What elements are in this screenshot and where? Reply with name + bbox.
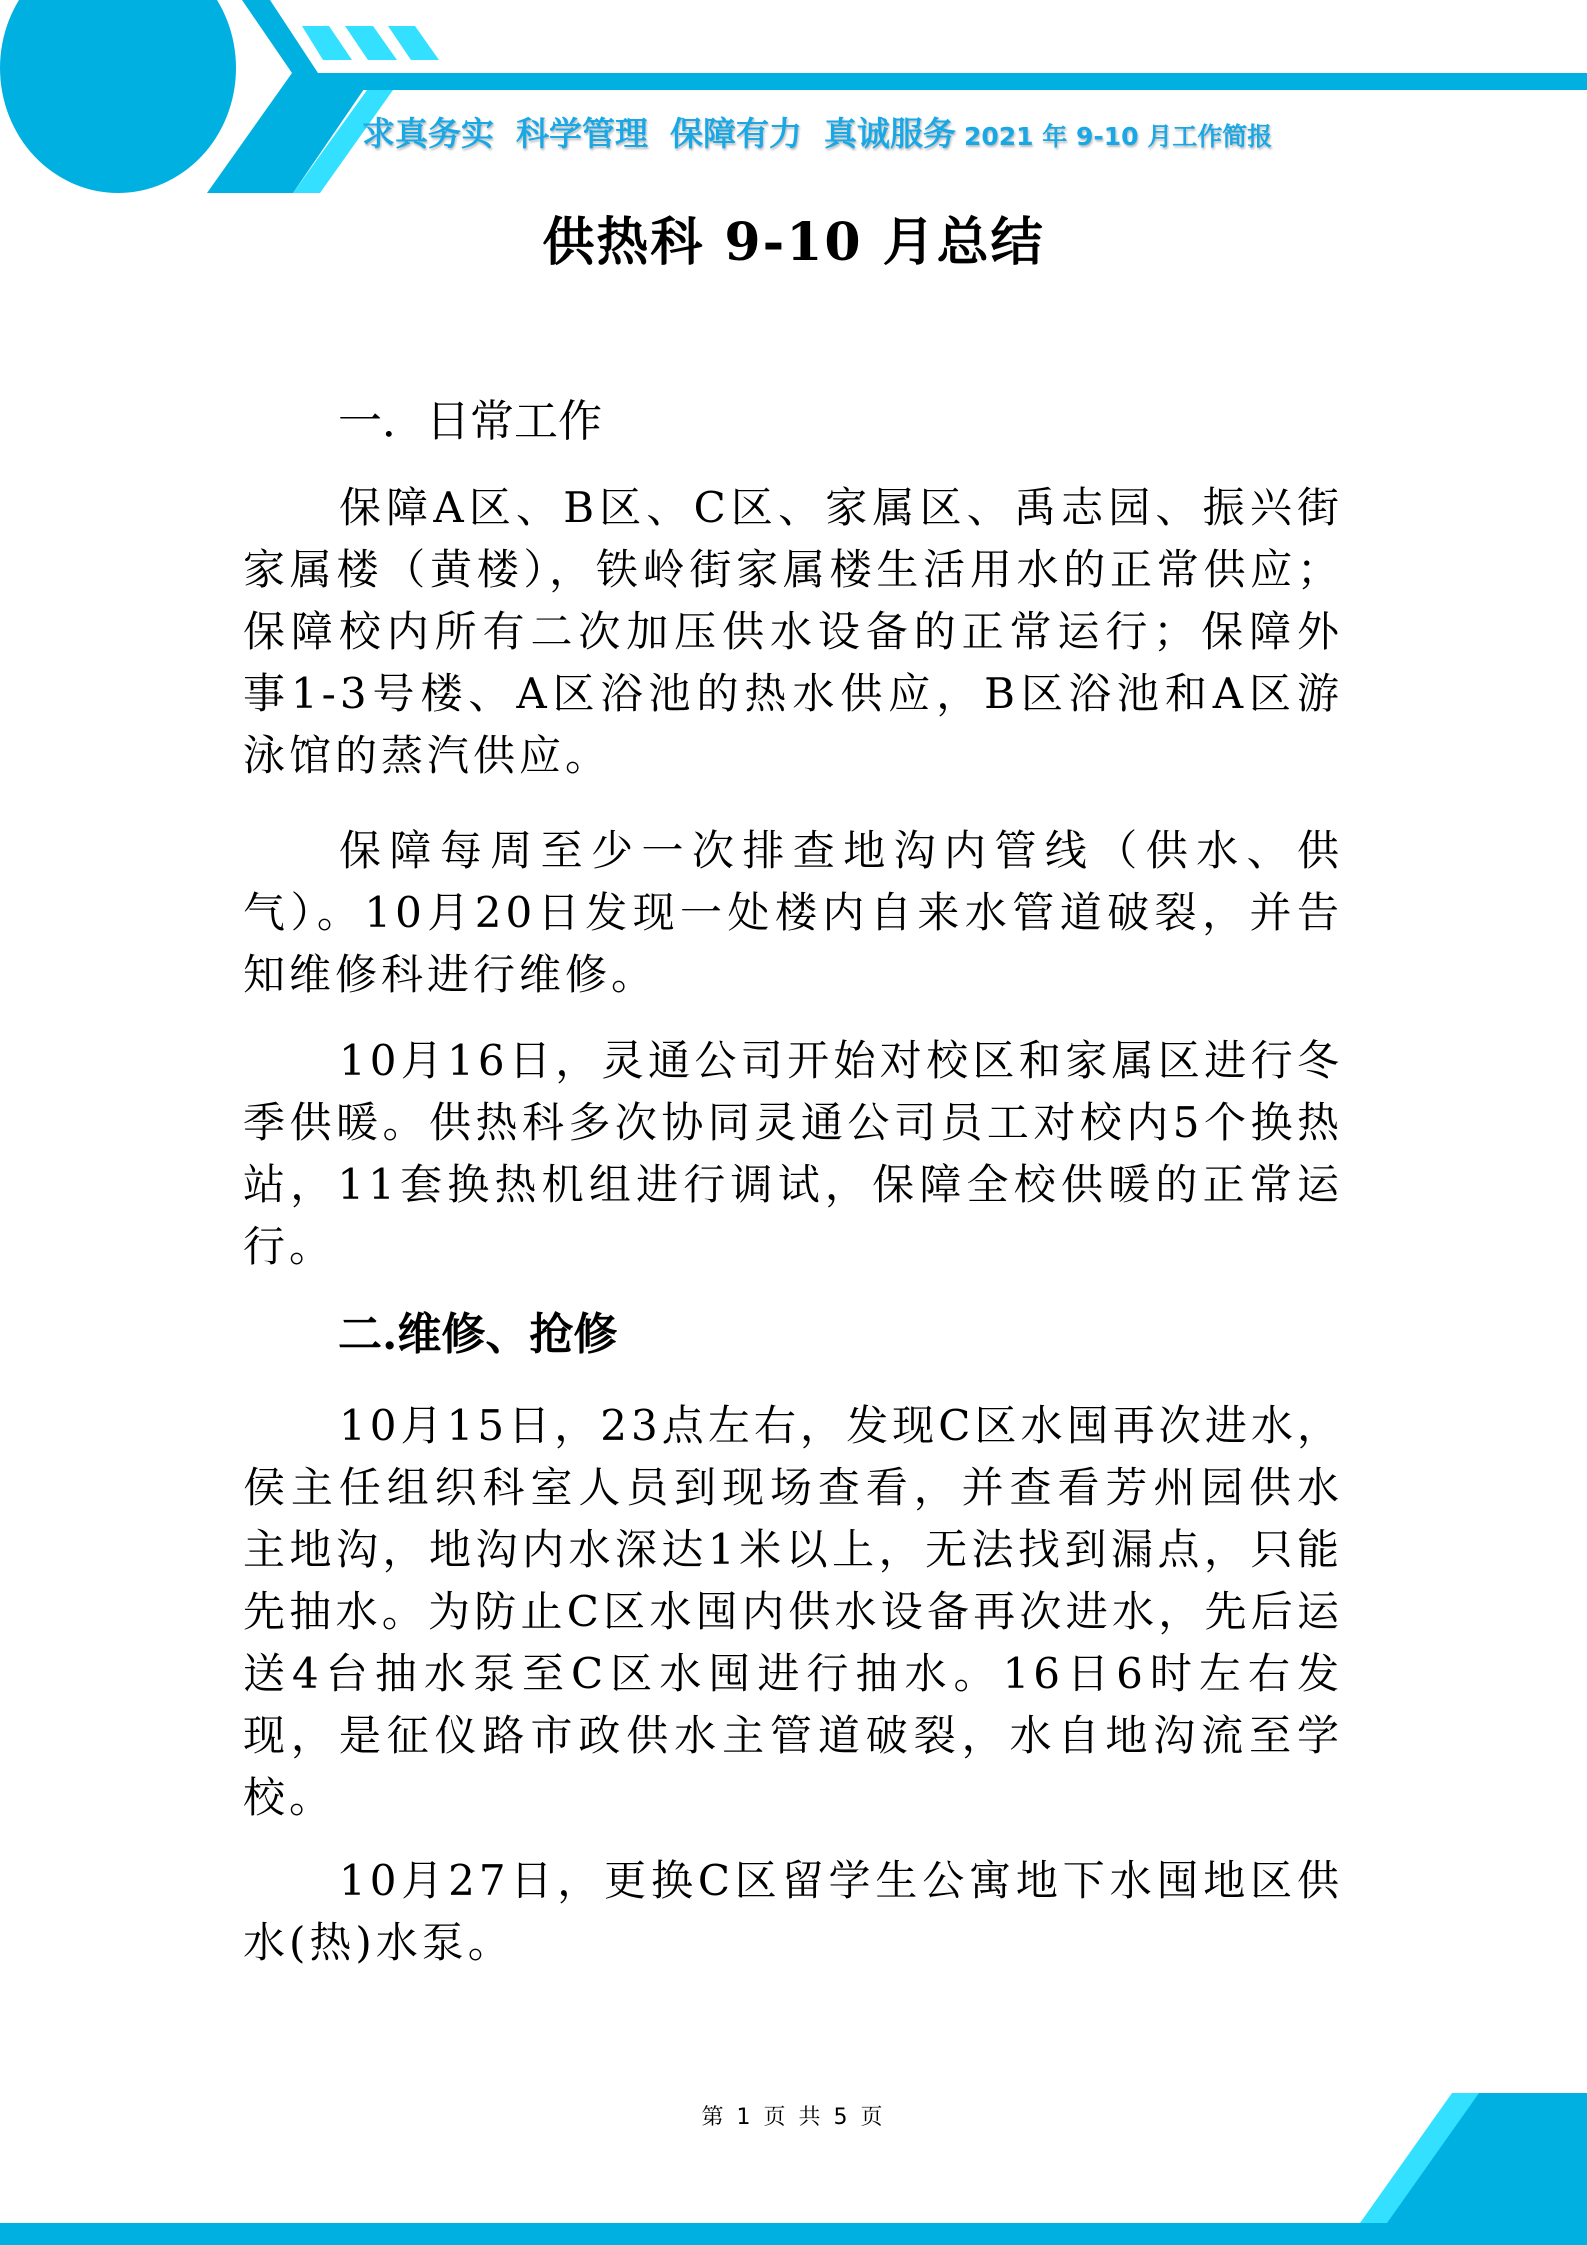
paragraph-water-leak-incident: 10月15日，23点左右，发现C区水囤再次进水，侯主任组织科室人员到现场查看，并… bbox=[243, 1395, 1343, 1829]
footer-decoration bbox=[0, 2090, 1587, 2245]
header-slogan: 求真务实科学管理保障有力真诚服务2021 年 9-10 月工作简报 bbox=[362, 108, 1272, 152]
slogan-part-1: 求真务实 bbox=[362, 114, 494, 153]
section-heading-repairs: 二.维修、抢修 bbox=[338, 1310, 617, 1360]
paragraph-pump-replacement: 10月27日，更换C区留学生公寓地下水囤地区供水(热)水泵。 bbox=[243, 1850, 1343, 1974]
paragraph-water-supply: 保障A区、B区、C区、家属区、禹志园、振兴街家属楼（黄楼），铁岭街家属楼生活用水… bbox=[243, 477, 1343, 787]
header-stripe-3 bbox=[388, 26, 439, 60]
section-heading-daily-work: 一．日常工作 bbox=[338, 397, 602, 447]
header-chevron-upper bbox=[242, 0, 318, 73]
header-circle-shape bbox=[0, 0, 236, 193]
header-stripe-1 bbox=[302, 26, 352, 60]
issue-label: 2021 年 9-10 月工作简报 bbox=[964, 122, 1272, 151]
paragraph-pipeline-inspection: 保障每周至少一次排查地沟内管线（供水、供气）。10月20日发现一处楼内自来水管道… bbox=[243, 820, 1343, 1006]
header-stripe-2 bbox=[345, 26, 397, 60]
slogan-part-2: 科学管理 bbox=[516, 114, 648, 153]
slogan-part-3: 保障有力 bbox=[670, 114, 802, 153]
paragraph-winter-heating: 10月16日，灵通公司开始对校区和家属区进行冬季供暖。供热科多次协同灵通公司员工… bbox=[243, 1030, 1343, 1278]
document-title: 供热科 9-10 月总结 bbox=[0, 200, 1587, 275]
footer-bottom-bar bbox=[0, 2223, 1587, 2245]
header-decoration bbox=[0, 0, 1587, 200]
header-top-bar bbox=[292, 73, 1587, 90]
slogan-part-4: 真诚服务 bbox=[824, 114, 956, 153]
